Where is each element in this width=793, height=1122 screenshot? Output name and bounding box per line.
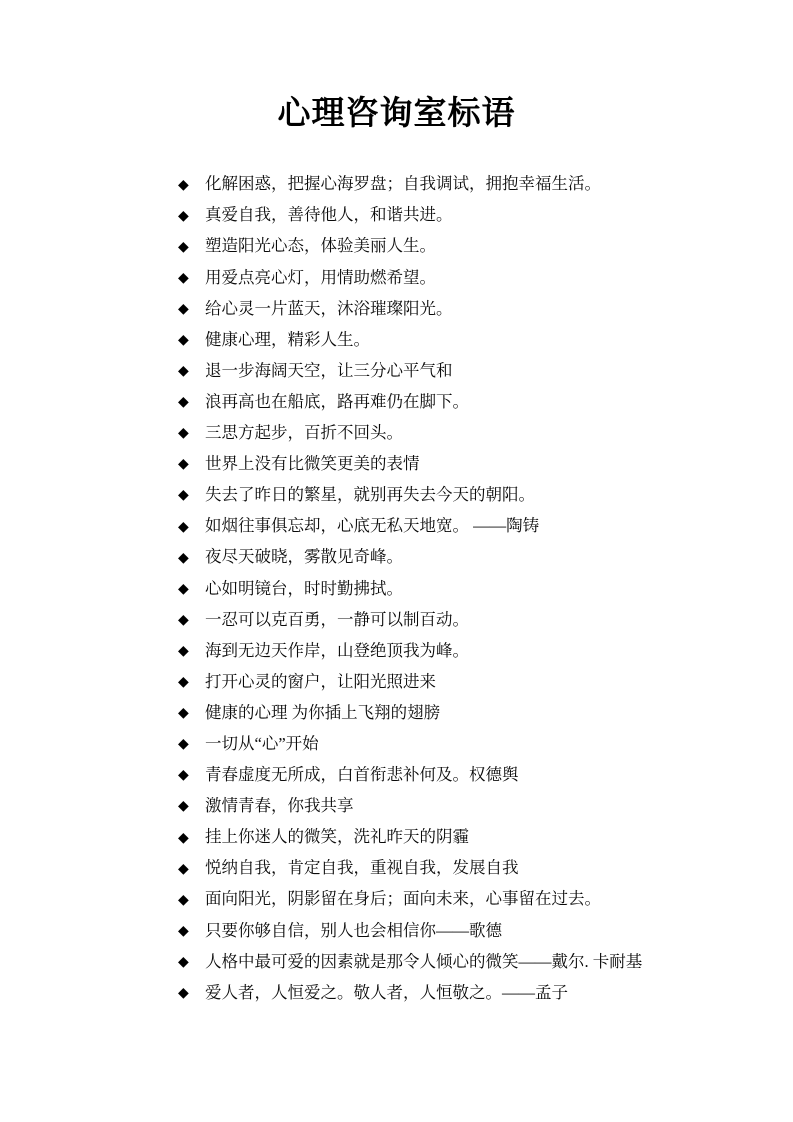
list-item: ◆ 三思方起步，百折不回头。 [178, 418, 733, 449]
slogan-text: 悦纳自我，肯定自我，重视自我，发展自我 [205, 860, 519, 877]
list-item: ◆ 用爱点亮心灯，用情助燃希望。 [178, 262, 733, 293]
slogan-list: ◆ 化解困惑，把握心海罗盘；自我调试，拥抱幸福生活。 ◆ 真爱自我，善待他人，和… [178, 169, 733, 1009]
list-item: ◆ 如烟往事俱忘却，心底无私天地宽。 ——陶铸 [178, 511, 733, 542]
list-item: ◆ 挂上你迷人的微笑，洗礼昨天的阴霾 [178, 822, 733, 853]
slogan-text: 退一步海阔天空，让三分心平气和 [205, 363, 453, 380]
slogan-text: 心如明镜台，时时勤拂拭。 [205, 581, 403, 598]
slogan-text: 塑造阳光心态，体验美丽人生。 [205, 238, 436, 255]
slogan-text: 人格中最可爱的因素就是那令人倾心的微笑——戴尔. 卡耐基 [205, 954, 642, 971]
list-item: ◆ 退一步海阔天空，让三分心平气和 [178, 356, 733, 387]
slogan-text: 健康的心理 为你插上飞翔的翅膀 [205, 705, 440, 722]
list-item: ◆ 悦纳自我，肯定自我，重视自我，发展自我 [178, 853, 733, 884]
diamond-bullet-icon: ◆ [178, 644, 205, 658]
slogan-text: 夜尽天破晓，雾散见奇峰。 [205, 549, 403, 566]
list-item: ◆ 塑造阳光心态，体验美丽人生。 [178, 231, 733, 262]
slogan-text: 给心灵一片蓝天，沐浴璀璨阳光。 [205, 301, 453, 318]
diamond-bullet-icon: ◆ [178, 582, 205, 596]
slogan-text: 浪再高也在船底，路再难仍在脚下。 [205, 394, 469, 411]
diamond-bullet-icon: ◆ [178, 333, 205, 347]
slogan-text: 一忍可以克百勇，一静可以制百动。 [205, 612, 469, 629]
list-item: ◆ 真爱自我，善待他人，和谐共进。 [178, 200, 733, 231]
list-item: ◆ 化解困惑，把握心海罗盘；自我调试，拥抱幸福生活。 [178, 169, 733, 200]
diamond-bullet-icon: ◆ [178, 893, 205, 907]
list-item: ◆ 失去了昨日的繁星，就别再失去今天的朝阳。 [178, 480, 733, 511]
diamond-bullet-icon: ◆ [178, 551, 205, 565]
diamond-bullet-icon: ◆ [178, 457, 205, 471]
diamond-bullet-icon: ◆ [178, 924, 205, 938]
document-page: 心理咨询室标语 ◆ 化解困惑，把握心海罗盘；自我调试，拥抱幸福生活。 ◆ 真爱自… [0, 0, 793, 1122]
slogan-text: 青春虚度无所成，白首衔悲补何及。权德舆 [205, 767, 519, 784]
list-item: ◆ 一忍可以克百勇，一静可以制百动。 [178, 604, 733, 635]
list-item: ◆ 面向阳光，阴影留在身后；面向未来，心事留在过去。 [178, 884, 733, 915]
diamond-bullet-icon: ◆ [178, 986, 205, 1000]
page-title: 心理咨询室标语 [0, 94, 793, 134]
list-item: ◆ 世界上没有比微笑更美的表情 [178, 449, 733, 480]
slogan-text: 三思方起步，百折不回头。 [205, 425, 403, 442]
slogan-text: 真爱自我，善待他人，和谐共进。 [205, 207, 453, 224]
list-item: ◆ 只要你够自信，别人也会相信你——歌德 [178, 915, 733, 946]
diamond-bullet-icon: ◆ [178, 799, 205, 813]
slogan-text: 失去了昨日的繁星，就别再失去今天的朝阳。 [205, 487, 535, 504]
diamond-bullet-icon: ◆ [178, 831, 205, 845]
diamond-bullet-icon: ◆ [178, 737, 205, 751]
slogan-text: 打开心灵的窗户，让阳光照进来 [205, 674, 436, 691]
diamond-bullet-icon: ◆ [178, 395, 205, 409]
diamond-bullet-icon: ◆ [178, 675, 205, 689]
diamond-bullet-icon: ◆ [178, 768, 205, 782]
slogan-text: 一切从“心”开始 [205, 736, 319, 753]
diamond-bullet-icon: ◆ [178, 706, 205, 720]
list-item: ◆ 浪再高也在船底，路再难仍在脚下。 [178, 387, 733, 418]
list-item: ◆ 打开心灵的窗户，让阳光照进来 [178, 667, 733, 698]
slogan-text: 面向阳光，阴影留在身后；面向未来，心事留在过去。 [205, 891, 601, 908]
slogan-text: 世界上没有比微笑更美的表情 [205, 456, 420, 473]
diamond-bullet-icon: ◆ [178, 178, 205, 192]
slogan-text: 挂上你迷人的微笑，洗礼昨天的阴霾 [205, 829, 469, 846]
list-item: ◆ 人格中最可爱的因素就是那令人倾心的微笑——戴尔. 卡耐基 [178, 946, 733, 977]
diamond-bullet-icon: ◆ [178, 364, 205, 378]
list-item: ◆ 爱人者，人恒爱之。敬人者，人恒敬之。——孟子 [178, 977, 733, 1008]
slogan-text: 海到无边天作岸，山登绝顶我为峰。 [205, 643, 469, 660]
list-item: ◆ 健康的心理 为你插上飞翔的翅膀 [178, 698, 733, 729]
diamond-bullet-icon: ◆ [178, 613, 205, 627]
list-item: ◆ 心如明镜台，时时勤拂拭。 [178, 573, 733, 604]
diamond-bullet-icon: ◆ [178, 209, 205, 223]
list-item: ◆ 青春虚度无所成，白首衔悲补何及。权德舆 [178, 760, 733, 791]
slogan-text: 健康心理，精彩人生。 [205, 332, 370, 349]
diamond-bullet-icon: ◆ [178, 862, 205, 876]
diamond-bullet-icon: ◆ [178, 240, 205, 254]
slogan-text: 激情青春，你我共享 [205, 798, 354, 815]
list-item: ◆ 夜尽天破晓，雾散见奇峰。 [178, 542, 733, 573]
slogan-text: 用爱点亮心灯，用情助燃希望。 [205, 270, 436, 287]
diamond-bullet-icon: ◆ [178, 426, 205, 440]
diamond-bullet-icon: ◆ [178, 271, 205, 285]
slogan-text: 只要你够自信，别人也会相信你——歌德 [205, 923, 502, 940]
list-item: ◆ 给心灵一片蓝天，沐浴璀璨阳光。 [178, 293, 733, 324]
list-item: ◆ 一切从“心”开始 [178, 729, 733, 760]
list-item: ◆ 海到无边天作岸，山登绝顶我为峰。 [178, 635, 733, 666]
slogan-text: 爱人者，人恒爱之。敬人者，人恒敬之。——孟子 [205, 985, 568, 1002]
list-item: ◆ 激情青春，你我共享 [178, 791, 733, 822]
diamond-bullet-icon: ◆ [178, 302, 205, 316]
slogan-text: 化解困惑，把握心海罗盘；自我调试，拥抱幸福生活。 [205, 176, 601, 193]
diamond-bullet-icon: ◆ [178, 955, 205, 969]
list-item: ◆ 健康心理，精彩人生。 [178, 324, 733, 355]
diamond-bullet-icon: ◆ [178, 488, 205, 502]
diamond-bullet-icon: ◆ [178, 520, 205, 534]
slogan-text: 如烟往事俱忘却，心底无私天地宽。 ——陶铸 [205, 518, 539, 535]
